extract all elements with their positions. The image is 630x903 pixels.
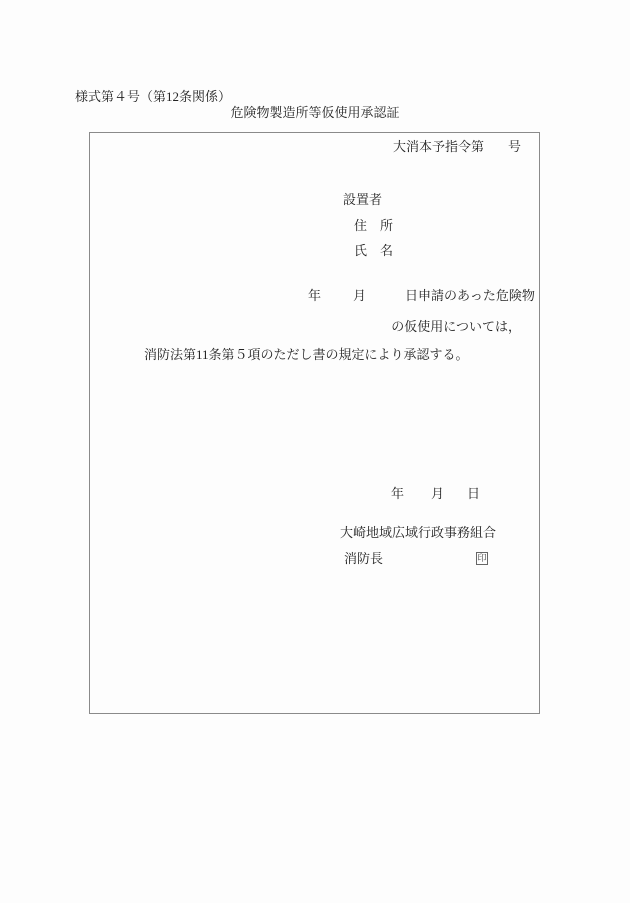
application-line1-tail: 日申請のあった危険物 [405, 289, 535, 304]
fire-chief-label: 消防長 [344, 552, 383, 567]
document-page: 様式第４号（第12条関係） 危険物製造所等仮使用承認証 大消本予指令第 号 設置… [0, 0, 630, 903]
issue-year-label: 年 [391, 487, 404, 502]
issue-day-label: 日 [467, 487, 480, 502]
issue-month-label: 月 [431, 487, 444, 502]
approval-statement: 消防法第11条第５項のただし書の規定により承認する。 [144, 348, 469, 363]
application-year-label: 年 [308, 289, 321, 304]
seal-placeholder-icon: 印 [476, 552, 488, 565]
installer-address-label: 住 所 [354, 219, 393, 234]
organization-name: 大崎地域広域行政事務組合 [340, 526, 496, 541]
installer-label: 設置者 [343, 193, 382, 208]
document-title: 危険物製造所等仮使用承認証 [0, 106, 630, 121]
installer-name-label: 氏 名 [354, 244, 393, 259]
temporary-use-line: の仮使用については， [90, 320, 521, 335]
directive-number-prefix: 大消本予指令第 [393, 140, 484, 155]
form-number-label: 様式第４号（第12条関係） [75, 90, 231, 105]
application-month-label: 月 [353, 289, 366, 304]
certificate-box: 大消本予指令第 号 設置者 住 所 氏 名 年 月 日申請のあった危険物 の仮使… [89, 132, 540, 714]
directive-number-suffix: 号 [508, 140, 521, 155]
